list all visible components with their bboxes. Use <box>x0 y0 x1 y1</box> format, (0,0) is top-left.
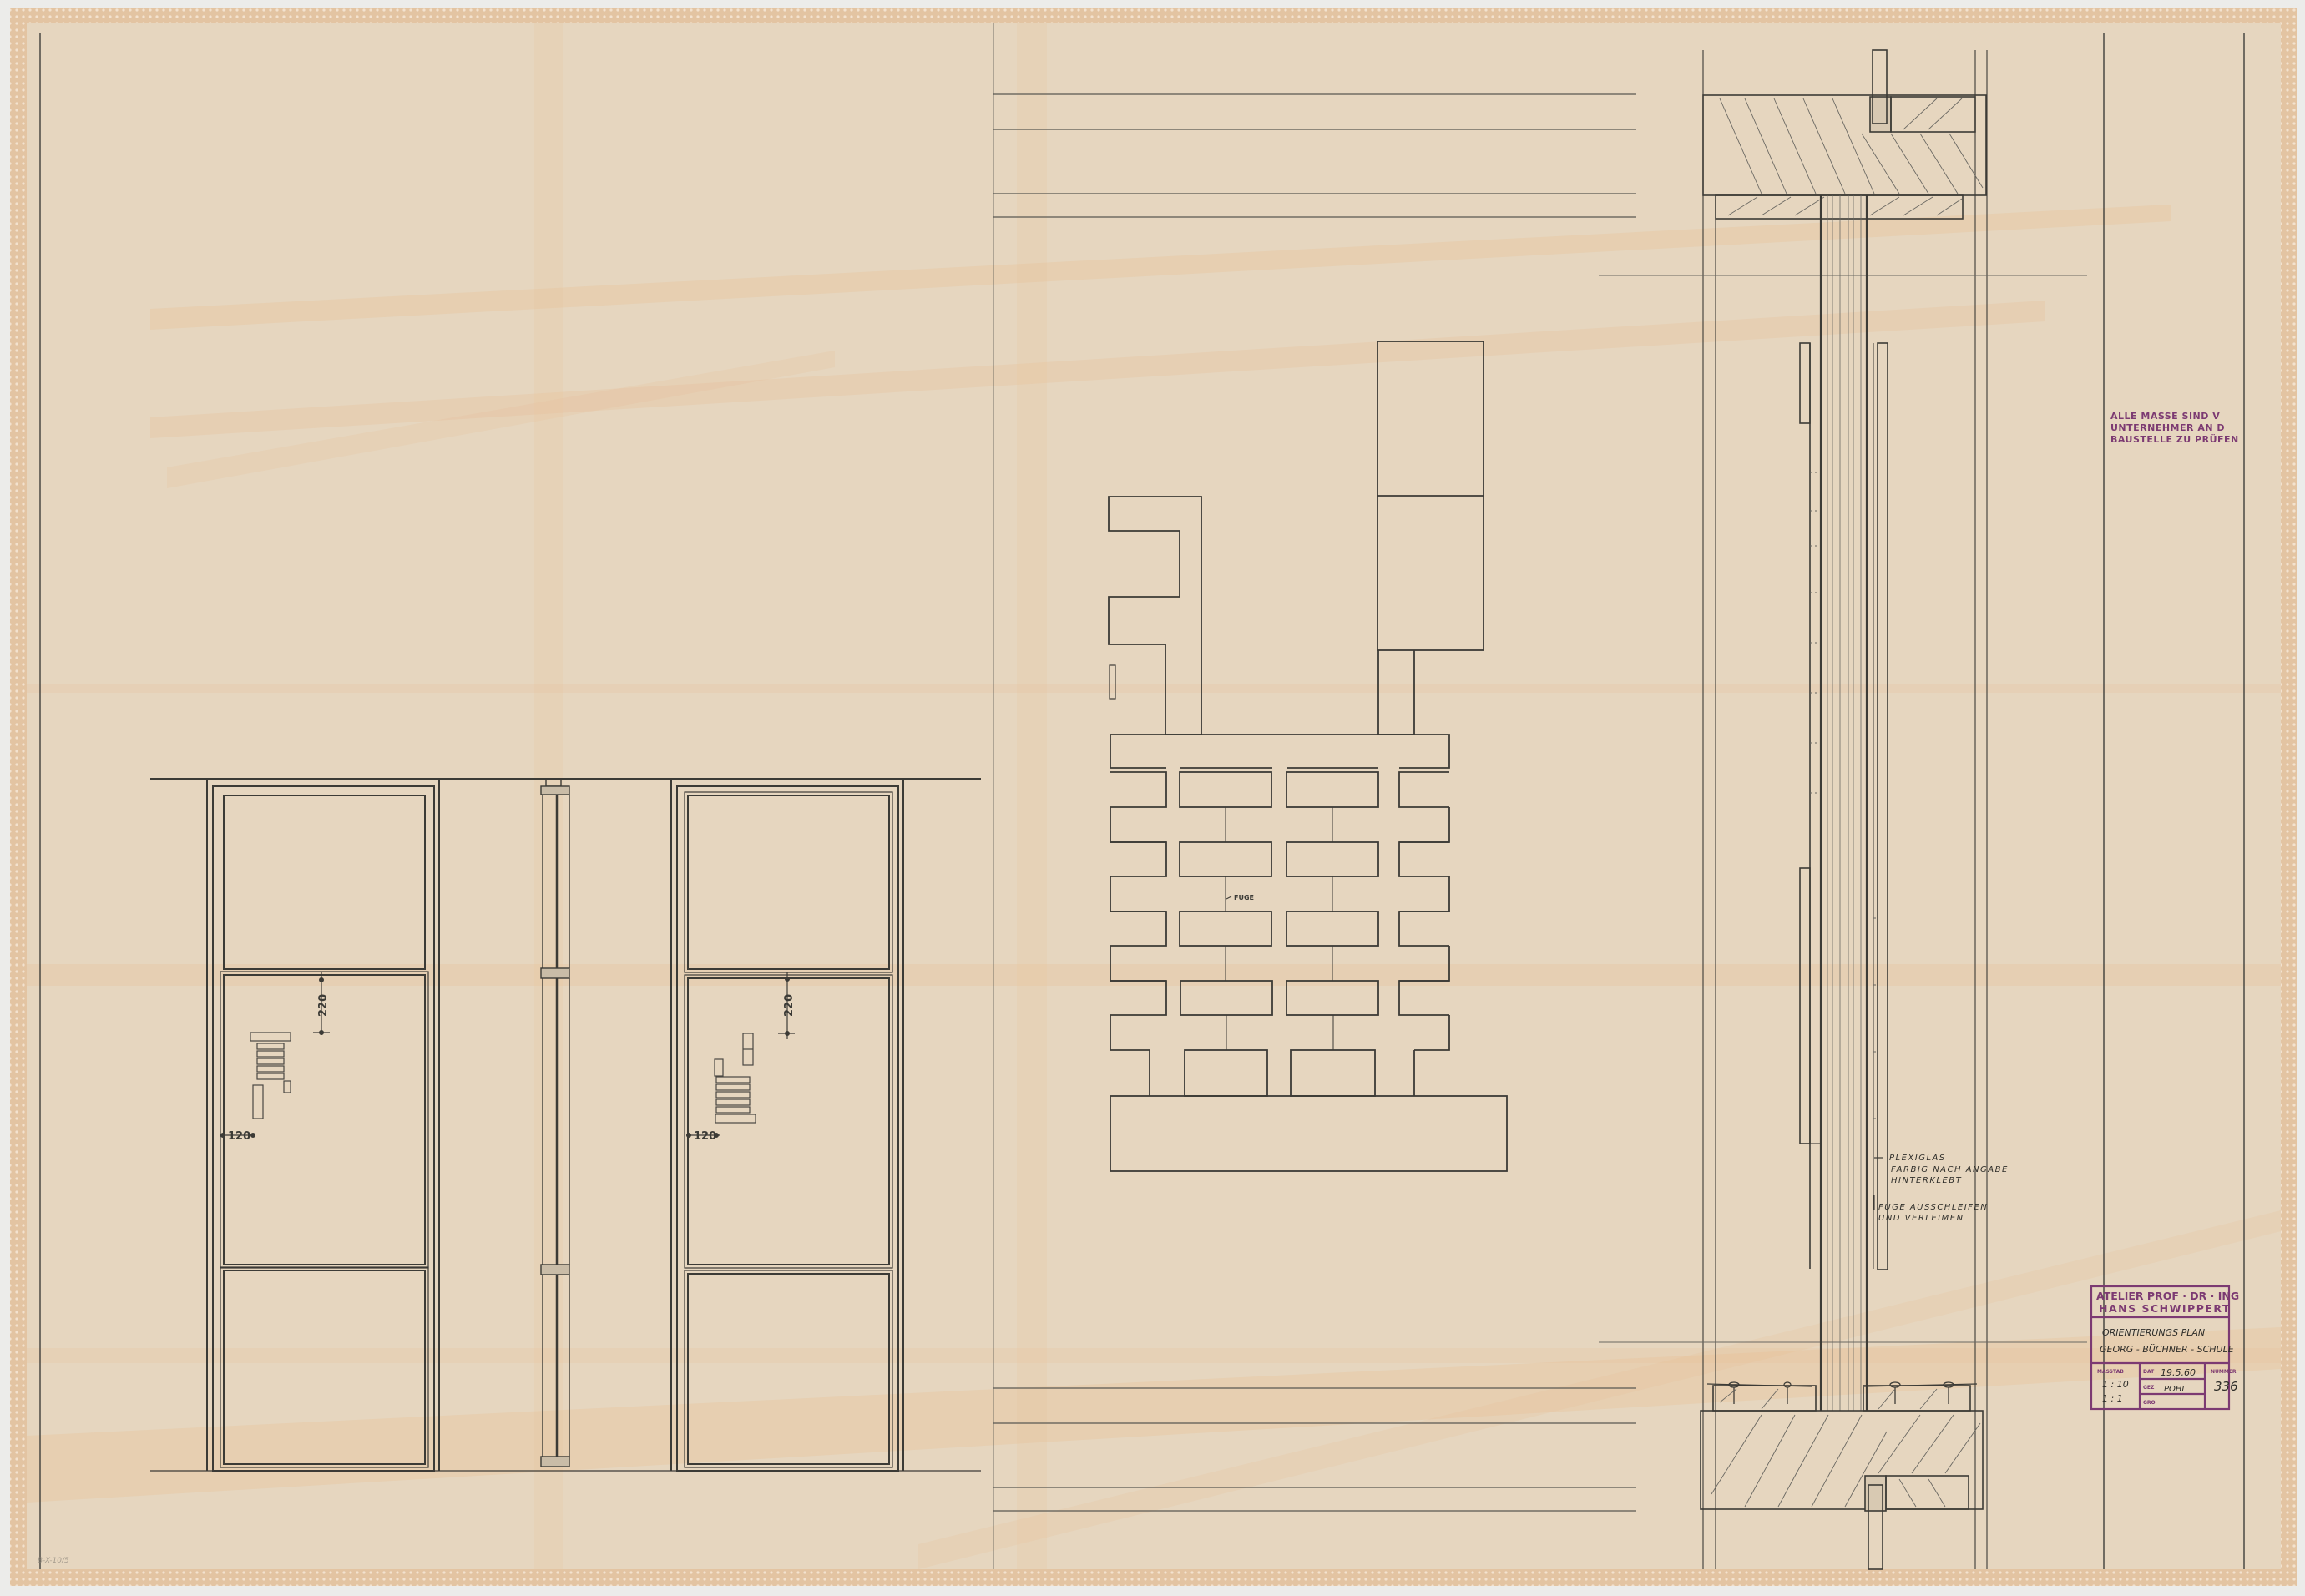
dat-value: 19.5.60 <box>2161 1367 2196 1378</box>
dimension-check-stamp: ALLE MASSE SIND V UNTERNEHMER AN D BAUST… <box>2110 411 2239 445</box>
massstab-value-1: 1 : 10 <box>2102 1379 2129 1390</box>
dat-label: DAT <box>2143 1369 2155 1375</box>
dim-horizontal-right: 120 <box>694 1130 716 1143</box>
stamp-line-3: BAUSTELLE ZU PRÜFEN <box>2110 433 2239 445</box>
stamp-line-1: ALLE MASSE SIND V <box>2110 411 2220 422</box>
architectural-drawing-sheet: 220 120 <box>0 0 2305 1596</box>
note-plexiglas: PLEXIGLAS <box>1889 1154 1946 1163</box>
fuge-label: FUGE <box>1234 894 1254 902</box>
note-hinterklebt: HINTERKLEBT <box>1891 1176 1962 1185</box>
atelier-line2: HANS SCHWIPPERT <box>2099 1302 2231 1315</box>
note-verleimen: UND VERLEIMEN <box>1878 1214 1964 1223</box>
project-name: GEORG - BÜCHNER - SCHULE <box>2100 1344 2234 1355</box>
stamp-line-2: UNTERNEHMER AN D <box>2110 422 2225 433</box>
note-fuge-ausschleifen: FUGE AUSSCHLEIFEN <box>1878 1203 1988 1212</box>
dim-vertical-right: 220 <box>783 994 796 1017</box>
atelier-line1: ATELIER PROF · DR · ING <box>2096 1290 2239 1302</box>
gro-label: GRO <box>2143 1400 2156 1406</box>
gez-label: GEZ <box>2143 1385 2155 1391</box>
plan-title: ORIENTIERUNGS PLAN <box>2102 1327 2205 1338</box>
corner-pencil-note: B-X-10/5 <box>38 1557 69 1565</box>
nummer-label: NUMMER <box>2211 1369 2237 1375</box>
massstab-label: MASSTAB <box>2097 1369 2124 1375</box>
gez-value: POHL <box>2164 1385 2186 1394</box>
dim-vertical-left: 220 <box>317 994 330 1017</box>
nummer-value: 336 <box>2214 1379 2238 1394</box>
note-farbig: FARBIG NACH ANGABE <box>1891 1165 2009 1174</box>
dim-horizontal-left: 120 <box>228 1130 250 1143</box>
massstab-value-2: 1 : 1 <box>2102 1393 2123 1404</box>
